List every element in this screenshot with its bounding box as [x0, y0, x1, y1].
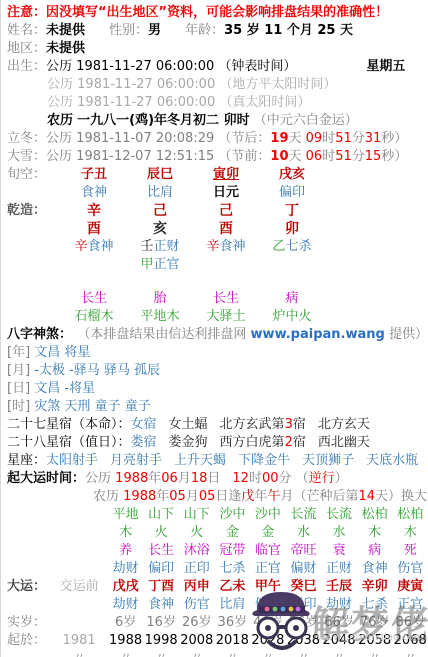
clipped-next-row: 〃 〃〃〃〃〃〃〃〃〃	[7, 650, 428, 657]
xiu28-label: 二十八星宿（值日）：	[7, 434, 131, 452]
hidden-stems-row-2: 甲正官	[7, 256, 428, 274]
pillar-stage-row: 长生 胎 长生 病	[7, 290, 428, 308]
branch-year: 酉	[61, 220, 127, 238]
lidong-days: 19	[270, 130, 288, 148]
pillar-god-day-master: 日元	[193, 184, 259, 202]
hidden1-month: 壬正财	[127, 238, 193, 256]
stem-hour: 丁	[259, 202, 325, 220]
daxue-row: 大雪： 公历 1981-12-07 12:51:15 （节前： 10 天 06 …	[7, 148, 428, 166]
xiu27-row: 二十七星宿（本命）： 女宿 女土蝠 北方玄武第3宿 北方玄天	[7, 416, 428, 434]
age-row-label: 实岁：	[7, 614, 50, 632]
shensha-day-row: [日] 文昌 -将星	[7, 380, 428, 398]
xingzuo-label: 星座：	[7, 452, 46, 470]
kongwang-row: 旬空： 子丑 辰巳 寅卯 戌亥	[7, 166, 428, 184]
dayun-branch-god-row: 劫财食神伤官比肩偏印正印劫财七杀正官	[7, 596, 428, 614]
lidong-row: 立冬： 公历 1981-11-07 20:08:29 （节后： 19 天 09 …	[7, 130, 428, 148]
shensha-hour-text: 灾煞 天刑 童子 童子	[34, 398, 150, 416]
kongwang-label: 旬空：	[7, 166, 61, 184]
lidong-days-unit: 天	[289, 130, 302, 148]
pillar-gods-row: 食神 比肩 日元 偏印	[7, 184, 428, 202]
dayun-stem-god-row: 劫财偏印正印七杀正官偏财正财食神伤官	[7, 560, 428, 578]
hidden1-hour: 乙七杀	[259, 238, 325, 256]
region-value: 未提供	[46, 40, 85, 58]
kongwang-hour: 戌亥	[259, 166, 325, 184]
lidong-seconds-unit: 秒）	[381, 130, 407, 148]
birth-localsolar-row: 公历 1981-11-27 06:00:00 （地方平太阳时间）	[7, 76, 428, 94]
xingzuo-midheaven: 天顶狮子	[302, 452, 354, 470]
pre-start-year: 1981	[50, 632, 107, 650]
shensha-month-text: -太极 -驿马 驿马 孤辰	[34, 362, 160, 380]
dayun-start-cal: 公历	[85, 470, 111, 488]
shensha-year-row: [年] 文昌 将星	[7, 344, 428, 362]
region-row: 地区： 未提供	[7, 40, 428, 58]
nayin-hour: 炉中火	[259, 308, 325, 326]
birth-truesolar-datetime: 1981-11-27 06:00:00	[77, 94, 215, 112]
xingzuo-nadir: 天底水瓶	[366, 452, 418, 470]
xiu28-row: 二十八星宿（值日）： 娄宿 娄金狗 西方白虎第2宿 西北幽天	[7, 434, 428, 452]
pillar-god-hour: 偏印	[259, 184, 325, 202]
branch-month: 亥	[127, 220, 193, 238]
birth-localsolar-note: （地方平太阳时间）	[219, 76, 336, 94]
dayun-age-row: 实岁： 6岁16岁26岁36岁46岁56岁66岁76岁86岁	[7, 614, 428, 632]
xingzuo-ascendant: 上升天蝎	[174, 452, 226, 470]
xiu28-name: 娄宿	[131, 434, 157, 452]
shensha-day-tag: [日]	[7, 380, 30, 398]
branch-day: 酉	[193, 220, 259, 238]
birth-lunar-cal: 农历	[47, 112, 73, 130]
kongwang-day: 寅卯	[193, 166, 259, 184]
gender-value: 男	[148, 22, 161, 40]
stem-year: 辛	[61, 202, 127, 220]
xiu27-sky: 北方玄天	[318, 416, 370, 434]
shensha-year-text: 文昌 将星	[34, 344, 90, 362]
lidong-hours: 09	[306, 130, 323, 148]
shensha-month-tag: [月]	[7, 362, 30, 380]
nayin-year: 石榴木	[61, 308, 127, 326]
lidong-cal: 公历	[46, 130, 72, 148]
xiu27-label: 二十七星宿（本命）：	[7, 416, 131, 434]
kongwang-month: 辰巳	[127, 166, 193, 184]
birth-weekday: 星期五	[366, 58, 405, 76]
stage-hour: 病	[259, 290, 325, 308]
pillar-nayin-row: 石榴木 平地木 大驿土 炉中火	[7, 308, 428, 326]
dayun-start-lunar-cal: 农历	[93, 488, 119, 506]
pillar-god-year: 食神	[61, 184, 127, 202]
hidden2-hour	[259, 256, 325, 274]
region-label: 地区：	[7, 40, 46, 58]
hidden1-year: 辛食神	[61, 238, 127, 256]
shensha-header-row: 八字神煞： （本排盘结果由信达利排盘网 www.paipan.wang 提供）	[7, 326, 428, 344]
birth-localsolar-cal: 公历	[47, 76, 73, 94]
lidong-label: 立冬：	[7, 130, 46, 148]
stem-month: 己	[127, 202, 193, 220]
dayun-pre-label: 交运前	[50, 578, 107, 596]
branch-hour: 卯	[259, 220, 325, 238]
age-value: 35 岁 11 个月 25 天	[224, 22, 353, 40]
profile-row: 姓名： 未提供 性别： 男 年龄： 35 岁 11 个月 25 天	[7, 22, 428, 40]
birth-clock-datetime: 1981-11-27 06:00:00	[76, 58, 214, 76]
xingzuo-sun: 太阳射手	[46, 452, 98, 470]
xiu28-sky: 西北幽天	[318, 434, 370, 452]
birth-truesolar-cal: 公历	[47, 94, 73, 112]
daxue-label: 大雪：	[7, 148, 46, 166]
lidong-seconds: 31	[365, 130, 382, 148]
lidong-datetime: 1981-11-07 20:08:29	[76, 130, 214, 148]
dayun-nayin-row-1: 平地山下山下沙中沙中长流长流松柏松柏	[7, 506, 428, 524]
bazi-report-page: 注意：因没填写“出生地区”资料，可能会影响排盘结果的准确性！ 姓名： 未提供 性…	[0, 0, 428, 657]
daxue-days: 10	[270, 148, 288, 166]
gender-label: 性别：	[109, 22, 148, 40]
name-value: 未提供	[46, 22, 85, 40]
paipan-link[interactable]: www.paipan.wang	[251, 326, 385, 344]
xiu28-position: 西方白虎第2宿	[220, 434, 306, 452]
xingzuo-row: 星座： 太阳射手 月亮射手 上升天蝎 下降金牛 天顶狮子 天底水瓶	[7, 452, 428, 470]
shensha-year-tag: [年]	[7, 344, 30, 362]
shensha-hour-tag: [时]	[7, 398, 30, 416]
hidden2-month: 甲正官	[127, 256, 193, 274]
daxue-days-unit: 天	[289, 148, 302, 166]
daxue-cal: 公历	[46, 148, 72, 166]
nayin-month: 平地木	[127, 308, 193, 326]
dayun-nayin-row-2: 木火火金金水水木木	[7, 524, 428, 542]
daxue-hours: 06	[306, 148, 323, 166]
lidong-note-prefix: （节后：	[218, 130, 270, 148]
stage-year: 长生	[61, 290, 127, 308]
daxue-note-prefix: （节前：	[218, 148, 270, 166]
daxue-seconds: 15	[365, 148, 382, 166]
pillar-branches-row: 酉 亥 酉 卯	[7, 220, 428, 238]
hidden-stems-row-1: 辛食神 壬正财 辛食神 乙七杀	[7, 238, 428, 256]
stage-month: 胎	[127, 290, 193, 308]
shensha-label: 八字神煞：	[7, 326, 72, 344]
stage-day: 长生	[193, 290, 259, 308]
daxue-seconds-unit: 秒）	[381, 148, 407, 166]
birth-lunar-note: （中元六白金运）	[254, 112, 358, 130]
credit-suffix: 提供）	[389, 326, 428, 344]
birth-clock-row: 出生： 公历 1981-11-27 06:00:00 （钟表时间） 星期五	[7, 58, 428, 76]
birth-localsolar-datetime: 1981-11-27 06:00:00	[77, 76, 215, 94]
retrograde-flag: 逆行	[309, 470, 335, 488]
daxue-minutes-unit: 分	[352, 148, 365, 166]
shensha-hour-row: [时] 灾煞 天刑 童子 童子	[7, 398, 428, 416]
birth-clock-cal: 公历	[46, 58, 72, 76]
shensha-month-row: [月] -太极 -驿马 驿马 孤辰	[7, 362, 428, 380]
birth-truesolar-row: 公历 1981-11-27 06:00:00 （真太阳时间）	[7, 94, 428, 112]
daxue-minutes: 51	[335, 148, 352, 166]
xingzuo-descendant: 下降金牛	[238, 452, 290, 470]
stem-day: 己	[193, 202, 259, 220]
birth-clock-note: （钟表时间）	[218, 58, 296, 76]
notice-banner: 注意：因没填写“出生地区”资料，可能会影响排盘结果的准确性！	[7, 4, 428, 22]
hidden1-day: 辛食神	[193, 238, 259, 256]
shensha-day-text: 文昌 -将星	[34, 380, 95, 398]
birth-truesolar-note: （真太阳时间）	[219, 94, 310, 112]
dayun-label: 大运：	[7, 578, 50, 596]
name-label: 姓名：	[7, 22, 46, 40]
pillar-god-month: 比肩	[127, 184, 193, 202]
dayun-start-label: 起大运时间：	[7, 470, 85, 488]
xingzuo-moon: 月亮射手	[110, 452, 162, 470]
birth-label: 出生：	[7, 58, 46, 76]
xiu28-animal: 娄金狗	[169, 434, 208, 452]
credit-prefix: （本排盘结果由信达利排盘网	[77, 326, 246, 344]
lidong-hours-unit: 时	[322, 130, 335, 148]
start-year-row-label: 起於：	[7, 632, 50, 650]
pillar-stems-row: 乾造： 辛 己 己 丁	[7, 202, 428, 220]
xiu27-position: 北方玄武第3宿	[220, 416, 306, 434]
dayun-start-lunar-row: 农历 1988年05月05日 逢戊年午月（芒种后第14天）换大运	[7, 488, 428, 506]
qianzao-label: 乾造：	[7, 202, 61, 220]
dayun-stage-row: 养长生沐浴冠带临官帝旺衰病死	[7, 542, 428, 560]
birth-lunar-row: 农历 一九八一(鸡)年冬月初二 卯时 （中元六白金运）	[7, 112, 428, 130]
hidden2-day	[193, 256, 259, 274]
kongwang-year: 子丑	[61, 166, 127, 184]
lidong-minutes-unit: 分	[352, 130, 365, 148]
xiu27-name: 女宿	[131, 416, 157, 434]
dayun-pillars-row: 大运： 交运前 戊戌丁酉丙申乙未甲午癸巳壬辰辛卯庚寅	[7, 578, 428, 596]
nayin-day: 大驿土	[193, 308, 259, 326]
age-label: 年龄：	[185, 22, 224, 40]
lidong-minutes: 51	[335, 130, 352, 148]
hidden2-year	[61, 256, 127, 274]
birth-lunar-text: 一九八一(鸡)年冬月初二 卯时	[77, 112, 249, 130]
daxue-datetime: 1981-12-07 12:51:15	[76, 148, 214, 166]
dayun-start-gregorian-row: 起大运时间： 公历 1988年06月18日 12时00分 （逆行）	[7, 470, 428, 488]
dayun-start-year-row: 起於： 1981 1988199820082018202820382048205…	[7, 632, 428, 650]
daxue-hours-unit: 时	[322, 148, 335, 166]
xiu27-animal: 女土蝠	[169, 416, 208, 434]
